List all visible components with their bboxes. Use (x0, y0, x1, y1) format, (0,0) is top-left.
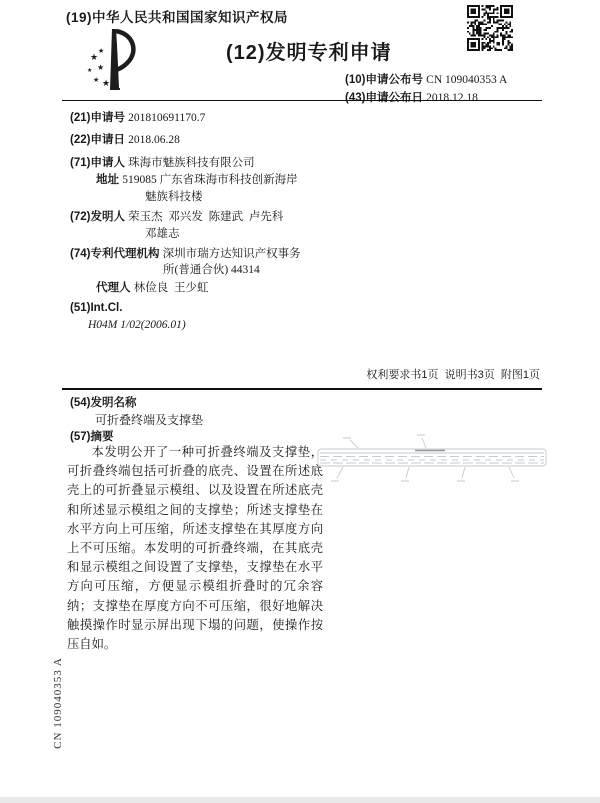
invention-title: 可折叠终端及支撑垫 (95, 411, 203, 428)
svg-text:★: ★ (98, 47, 104, 55)
cnipa-logo-icon: ★ ★ ★ ★ ★ ★ (86, 26, 140, 103)
address-line2: 魅族科技楼 (145, 190, 203, 204)
inventors-label: (72)发明人 (70, 211, 125, 223)
svg-text:★: ★ (97, 63, 104, 72)
inventors-line1: 荣玉杰 邓兴发 陈建武 卢先科 (128, 211, 283, 223)
vertical-publication-number: CN 109040353 A (52, 637, 64, 769)
publication-date-line: (43)申请公布日 2018.12.18 (345, 89, 478, 105)
application-date-label: (22)申请日 (70, 134, 125, 146)
publication-number-label: (10)申请公布号 (345, 74, 423, 86)
agents-label: 代理人 (96, 282, 131, 294)
application-date-row: (22)申请日 2018.06.28 (70, 133, 180, 147)
scan-bottom-edge (0, 797, 600, 803)
agency-line1: 深圳市瑞方达知识产权事务 (163, 248, 301, 260)
applicant-address-row: 地址 519085 广东省珠海市科技创新海岸 (96, 173, 298, 187)
applicant-row: (71)申请人 珠海市魅族科技有限公司 (70, 156, 255, 170)
inventors-line2: 邓雄志 (145, 227, 180, 241)
title-section-label: (54)发明名称 (70, 394, 136, 410)
application-date-value: 2018.06.28 (128, 134, 180, 146)
intcl-label: (51)Int.Cl. (70, 302, 122, 314)
inventors-row: (72)发明人 荣玉杰 邓兴发 陈建武 卢先科 (70, 210, 283, 224)
patent-office-name: (19)中华人民共和国国家知识产权局 (66, 6, 288, 26)
agency-line2: 所(普通合伙) 44314 (163, 263, 260, 277)
address-label: 地址 (96, 174, 119, 186)
header-divider (62, 100, 542, 101)
svg-text:★: ★ (90, 52, 98, 62)
agency-row: (74)专利代理机构 深圳市瑞方达知识产权事务 (70, 247, 301, 261)
agents-value: 林俭良 王少虹 (134, 282, 209, 294)
document-type-title: (12)发明专利申请 (226, 36, 392, 65)
abstract-figure (313, 420, 600, 500)
svg-text:★: ★ (87, 67, 92, 74)
application-number-row: (21)申请号 201810691170.7 (70, 111, 205, 125)
abstract-section-label: (57)摘要 (70, 428, 113, 444)
applicant-label: (71)申请人 (70, 157, 125, 169)
address-line1: 519085 广东省珠海市科技创新海岸 (122, 174, 297, 186)
svg-text:★: ★ (102, 78, 110, 88)
svg-text:★: ★ (93, 76, 99, 84)
agents-row: 代理人 林俭良 王少虹 (96, 281, 208, 295)
publication-number-line: (10)申请公布号 CN 109040353 A (345, 71, 507, 87)
publication-number-value: CN 109040353 A (426, 74, 507, 86)
application-number-label: (21)申请号 (70, 112, 125, 124)
intcl-row: (51)Int.Cl. (70, 301, 122, 315)
agency-label: (74)专利代理机构 (70, 248, 159, 260)
intcl-value-row: H04M 1/02(2006.01) (88, 318, 186, 332)
qr-code-icon (467, 5, 513, 56)
patent-front-page: (19)中华人民共和国国家知识产权局 ★ ★ ★ ★ ★ ★ (12)发明专利申… (0, 0, 600, 803)
pages-info: 权利要求书1页 说明书3页 附图1页 (0, 366, 540, 382)
publication-date-label: (43)申请公布日 (345, 92, 423, 104)
abstract-text: 本发明公开了一种可折叠终端及支撑垫，可折叠终端包括可折叠的底壳、设置在所述底壳上… (67, 443, 323, 654)
application-number-value: 201810691170.7 (128, 112, 205, 124)
intcl-value: H04M 1/02(2006.01) (88, 319, 186, 331)
applicant-value: 珠海市魅族科技有限公司 (128, 157, 255, 169)
publication-date-value: 2018.12.18 (426, 92, 478, 104)
section-divider (62, 388, 542, 390)
